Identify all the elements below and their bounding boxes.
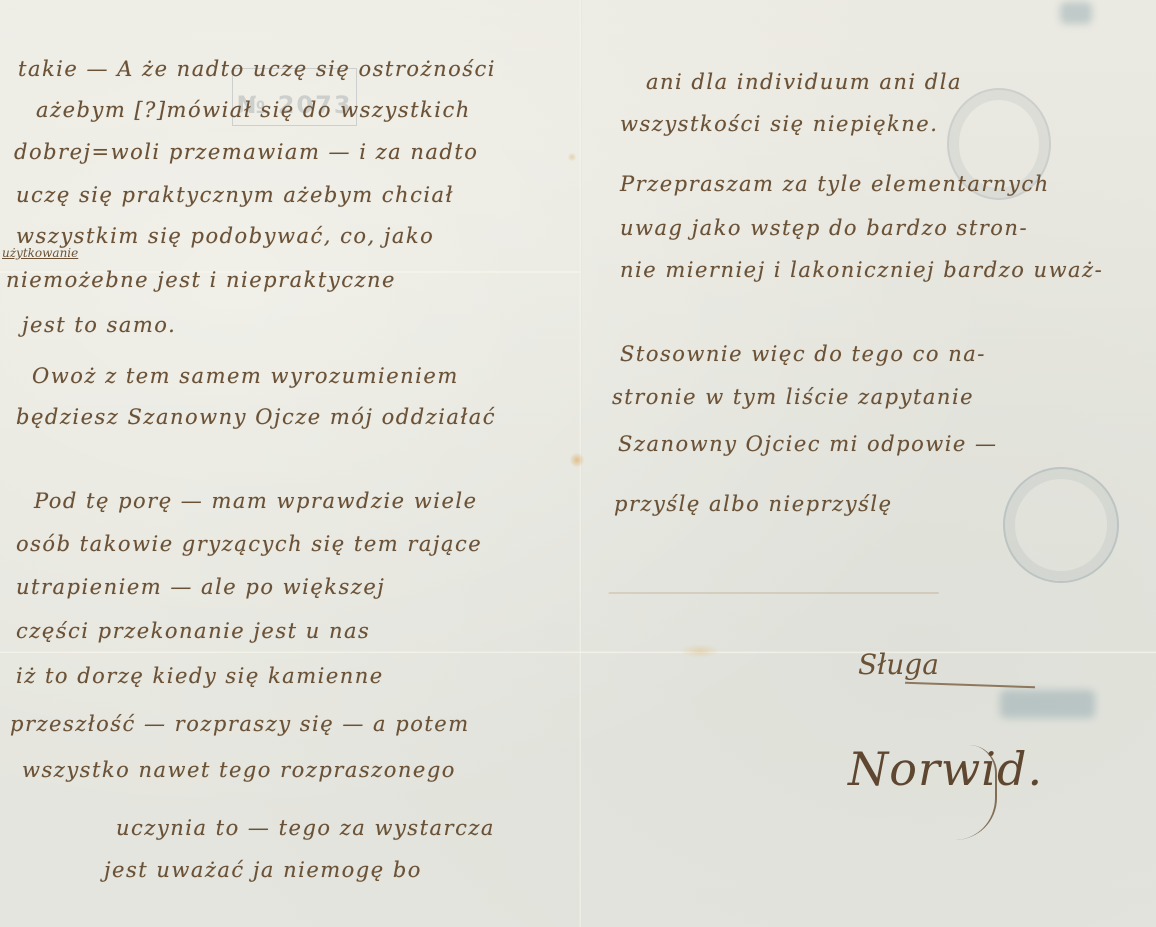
text-line: nie mierniej i lakoniczniej bardzo uważ- [620, 258, 1103, 282]
round-postmark-stamp [1003, 467, 1119, 583]
text-line: stronie w tym liście zapytanie [612, 385, 974, 409]
text-line: jest to samo. [22, 313, 176, 337]
text-line: uczynia to — tego za wystarcza [116, 816, 495, 840]
text-line: dobrej=woli przemawiam — i za nadto [14, 140, 478, 164]
text-line: Przepraszam za tyle elementarnych [620, 172, 1050, 196]
closing-flourish [905, 682, 1035, 689]
letter-page: № 2073 użytkowanie takie — A że nadto uc… [0, 0, 1156, 927]
text-line: wszystkości się niepiękne. [620, 112, 938, 136]
text-line: przeszłość — rozpraszy się — a potem [10, 712, 470, 736]
signature: Norwid. [848, 742, 1043, 796]
text-line: części przekonanie jest u nas [16, 619, 370, 643]
text-line: będziesz Szanowny Ojcze mój oddziałać [16, 405, 496, 429]
text-line: Stosownie więc do tego co na- [620, 342, 986, 366]
text-line: ażebym [?]mówiał się do wszystkich [36, 98, 471, 122]
text-line: ani dla individuum ani dla [646, 70, 962, 94]
text-line: Owoż z tem samem wyrozumieniem [32, 364, 459, 388]
text-line: przyślę albo nieprzyślę [614, 492, 893, 516]
horizontal-fold-line [0, 651, 1156, 654]
closing-salutation: Sługa [858, 648, 939, 681]
text-line: osób takowie gryzących się tem rające [16, 532, 482, 556]
text-line: uczę się praktycznym ażebym chciał [16, 183, 454, 207]
signature-flourish [955, 745, 997, 840]
faded-bleed-through-mark [608, 574, 945, 594]
text-line: iż to dorzę kiedy się kamienne [16, 664, 384, 688]
ink-blot [1060, 2, 1092, 24]
text-line: niemożebne jest i niepraktyczne [6, 268, 396, 292]
ink-blot [1000, 690, 1095, 718]
text-line: wszystkim się podobywać, co, jako [16, 224, 434, 248]
margin-note: użytkowanie [2, 246, 78, 260]
text-line: uwag jako wstęp do bardzo stron- [620, 216, 1028, 240]
text-line: jest uważać ja niemogę bo [104, 858, 422, 882]
text-line: Pod tę porę — mam wprawdzie wiele [34, 489, 478, 513]
text-line: wszystko nawet tego rozpraszonego [22, 758, 456, 782]
text-line: utrapieniem — ale po większej [16, 575, 385, 599]
foxing-stain [680, 644, 720, 658]
foxing-stain [567, 153, 577, 161]
foxing-stain [570, 452, 584, 468]
text-line: Szanowny Ojciec mi odpowie — [618, 432, 998, 456]
text-line: takie — A że nadto uczę się ostrożności [18, 57, 496, 81]
